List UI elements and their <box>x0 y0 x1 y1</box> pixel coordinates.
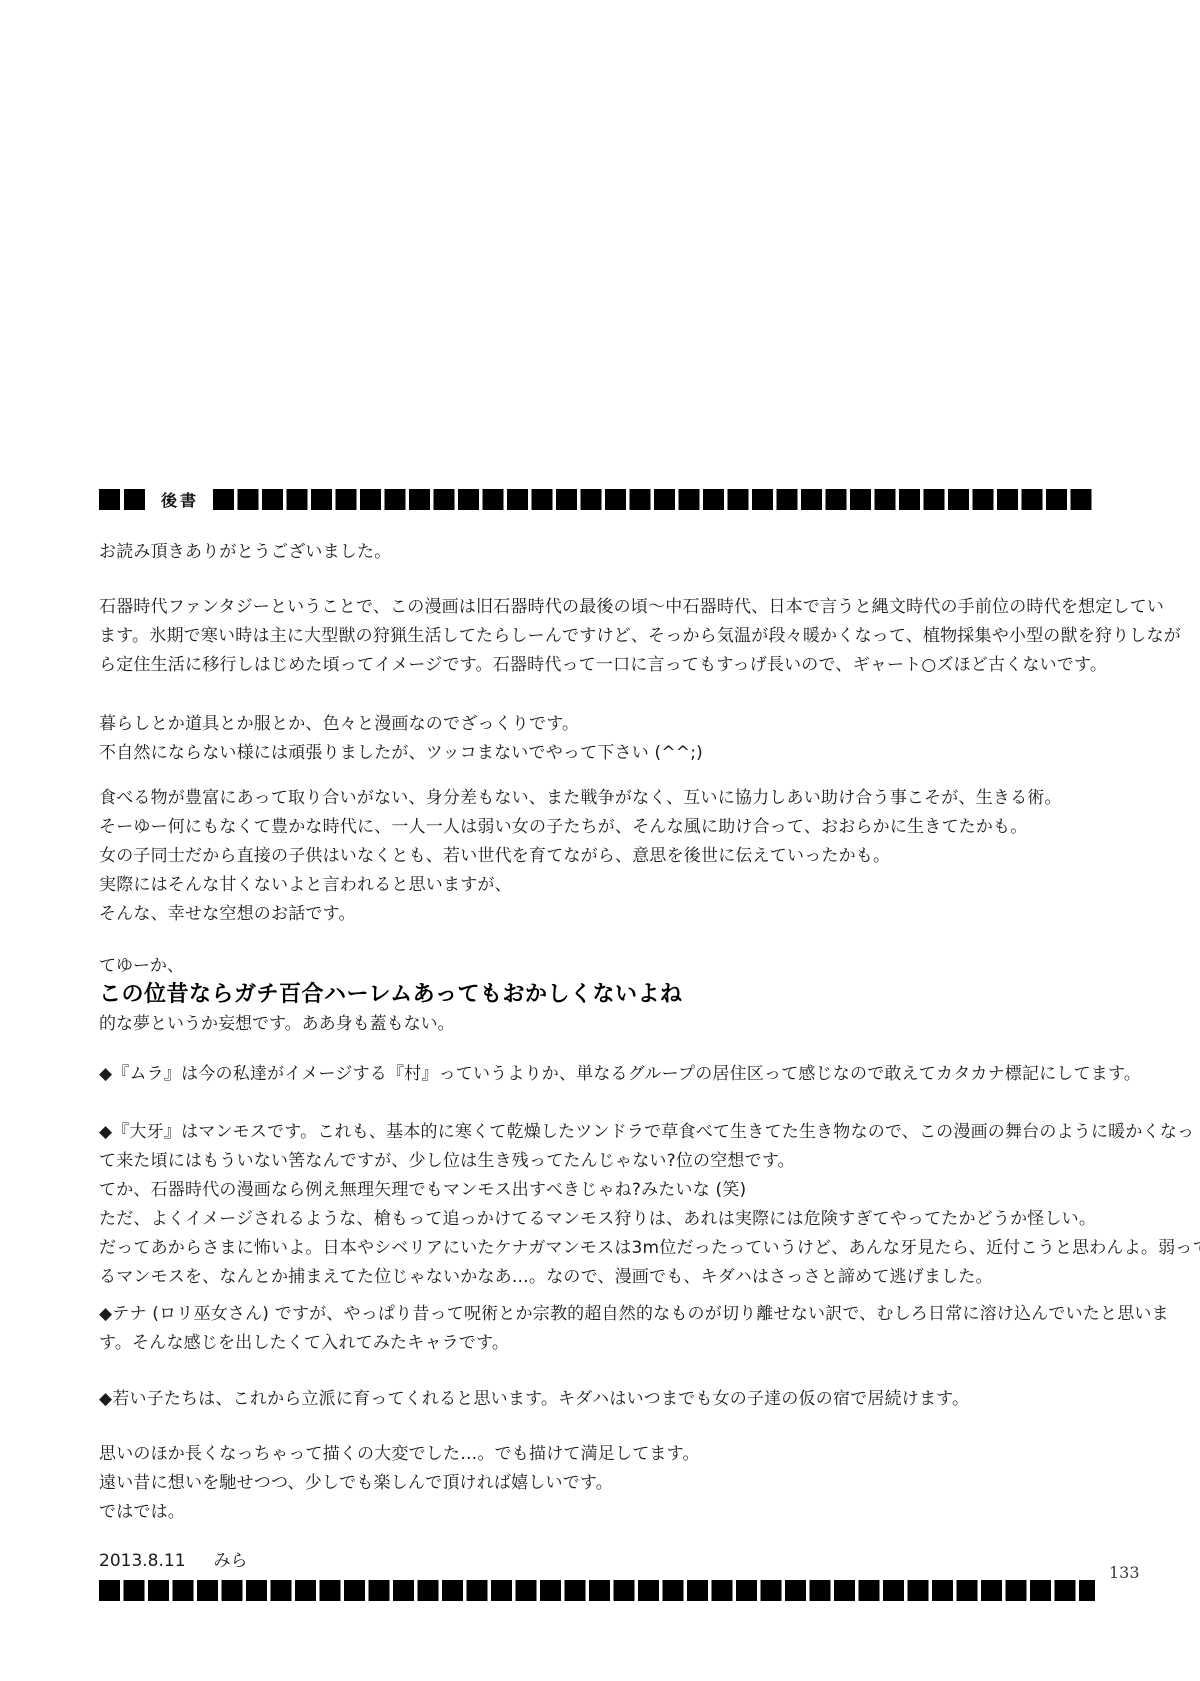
bullet-line: ◆『大牙』はマンモスです。これも、基本的に寒くて乾燥したツンドラで草食べて生きて… <box>99 1118 1200 1147</box>
signature-date: 2013.8.11 <box>99 1548 186 1574</box>
section-header: 後書 <box>99 488 1095 510</box>
disclaimer-paragraph: 暮らしとか道具とか服とか、色々と漫画なのでざっくりです。 不自然にならない様には… <box>99 710 703 768</box>
text-line: 女の子同士だから直接の子供はいなくとも、若い世代を育てながら、意思を後世に伝えて… <box>99 842 1062 871</box>
bullet-line: ◆テナ (ロリ巫女さん) ですが、やっぱり昔って呪術とか宗教的超自然的なものが切… <box>99 1300 1169 1329</box>
text-line: 思いのほか長くなっちゃって描くの大変でした…。でも描けて満足してます。 <box>99 1440 700 1469</box>
text-line: そーゆー何にもなくて豊かな時代に、一人一人は弱い女の子たちが、そんな風に助け合っ… <box>99 813 1062 842</box>
text-line: ただ、よくイメージされるような、槍もって追っかけてるマンモス狩りは、あれは実際に… <box>99 1205 1200 1234</box>
note-taiga: ◆『大牙』はマンモスです。これも、基本的に寒くて乾燥したツンドラで草食べて生きて… <box>99 1118 1200 1292</box>
text-line: そんな、幸せな空想のお話です。 <box>99 900 1062 929</box>
emphasis-lead: てゆーか、 <box>99 952 682 980</box>
text-line: ら定住生活に移行しはじめた頃ってイメージです。石器時代って一口に言ってもすっげ長… <box>99 651 1181 680</box>
emphasis-tail: 的な夢というか妄想です。ああ身も蓋もない。 <box>99 1010 682 1038</box>
greeting-paragraph: お読み頂きありがとうございました。 <box>99 538 391 567</box>
text-line: 実際にはそんな甘くないよと言われると思いますが、 <box>99 871 1062 900</box>
text-line: ではでは。 <box>99 1498 700 1527</box>
section-title: 後書 <box>161 488 199 511</box>
bullet-line: ◆若い子たちは、これから立派に育ってくれると思います。キダハはいつまでも女の子達… <box>99 1385 969 1414</box>
note-tena: ◆テナ (ロリ巫女さん) ですが、やっぱり昔って呪術とか宗教的超自然的なものが切… <box>99 1300 1169 1358</box>
note-mura: ◆『ムラ』は今の私達がイメージする『村』っていうよりか、単なるグループの居住区っ… <box>99 1060 1141 1089</box>
text-line: 遠い昔に想いを馳せつつ、少しでも楽しんで頂ければ嬉しいです。 <box>99 1469 700 1498</box>
emphasis-block: てゆーか、 この位昔ならガチ百合ハーレムあってもおかしくないよね 的な夢というか… <box>99 952 682 1038</box>
text-line: 食べる物が豊富にあって取り合いがない、身分差もない、また戦争がなく、互いに協力し… <box>99 784 1062 813</box>
text-line: だってあからさまに怖いよ。日本やシベリアにいたケナガマンモスは3m位だったってい… <box>99 1234 1200 1263</box>
header-square-bar <box>213 489 1095 510</box>
afterword-page: 後書 お読み頂きありがとうございました。 石器時代ファンタジーということで、この… <box>0 0 1200 1681</box>
bullet-line: ◆『ムラ』は今の私達がイメージする『村』っていうよりか、単なるグループの居住区っ… <box>99 1060 1141 1089</box>
setting-paragraph: 石器時代ファンタジーということで、この漫画は旧石器時代の最後の頃～中石器時代、日… <box>99 593 1181 680</box>
fantasy-paragraph: 食べる物が豊富にあって取り合いがない、身分差もない、また戦争がなく、互いに協力し… <box>99 784 1062 929</box>
text-line: 不自然にならない様には頑張りましたが、ツッコまないでやって下さい (^^;) <box>99 739 703 768</box>
closing-paragraph: 思いのほか長くなっちゃって描くの大変でした…。でも描けて満足してます。 遠い昔に… <box>99 1440 700 1527</box>
header-square-icon <box>99 489 120 510</box>
footer-square-bar <box>99 1580 1095 1601</box>
text-line: す。そんな感じを出したくて入れてみたキャラです。 <box>99 1329 1169 1358</box>
text-line: るマンモスを、なんとか捕まえてた位じゃないかなあ…。なので、漫画でも、キダハはさ… <box>99 1263 1200 1292</box>
signature-name: みら <box>214 1548 248 1574</box>
page-number: 133 <box>1109 1563 1140 1582</box>
text-line: 石器時代ファンタジーということで、この漫画は旧石器時代の最後の頃～中石器時代、日… <box>99 593 1181 622</box>
signature: 2013.8.11 みら <box>99 1548 248 1574</box>
note-young: ◆若い子たちは、これから立派に育ってくれると思います。キダハはいつまでも女の子達… <box>99 1385 969 1414</box>
text-line: てか、石器時代の漫画なら例え無理矢理でもマンモス出すべきじゃね?みたいな (笑) <box>99 1176 1200 1205</box>
text-line: ます。氷期で寒い時は主に大型獣の狩猟生活してたらしーんですけど、そっから気温が段… <box>99 622 1181 651</box>
text-line: お読み頂きありがとうございました。 <box>99 538 391 567</box>
text-line: 暮らしとか道具とか服とか、色々と漫画なのでざっくりです。 <box>99 710 703 739</box>
text-line: て来た頃にはもういない筈なんですが、少し位は生き残ってたんじゃない?位の空想です… <box>99 1147 1200 1176</box>
header-square-icon <box>124 489 145 510</box>
emphasis-headline: この位昔ならガチ百合ハーレムあってもおかしくないよね <box>99 980 682 1010</box>
